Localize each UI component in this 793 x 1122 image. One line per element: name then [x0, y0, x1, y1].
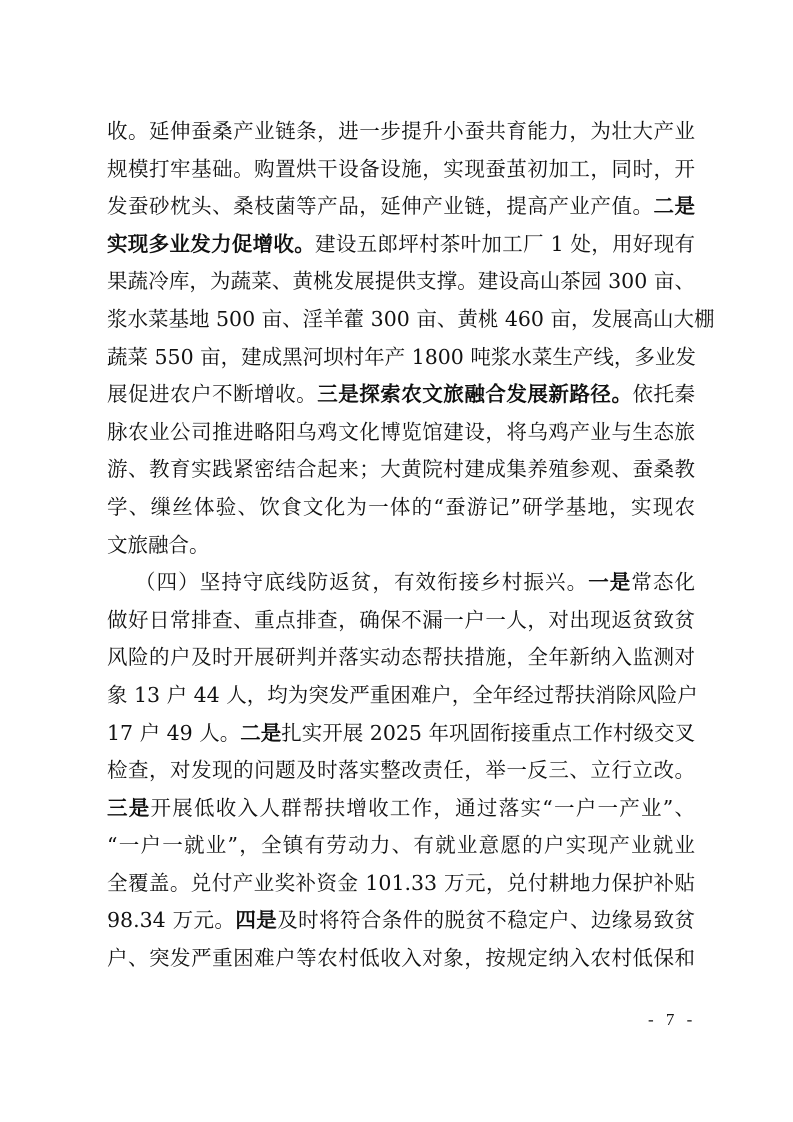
text-segment: 象 13 户 44 人，均为突发严重困难户，全年经过帮扶消除风险户 [107, 683, 698, 707]
text-line: 果蔬冷库，为蔬菜、黄桃发展提供支撑。建设高山茶园 300 亩、 [107, 263, 695, 301]
text-line: 17 户 49 人。二是扎实开展 2025 年巩固衔接重点工作村级交叉 [107, 715, 695, 753]
text-line: 收。延伸蚕桑产业链条，进一步提升小蚕共育能力，为壮大产业 [107, 113, 695, 151]
bold-text-segment: 四是 [235, 908, 277, 932]
text-segment: 展促进农户不断增收。 [107, 382, 317, 406]
text-line: 学、缫丝体验、饮食文化为一体的“蚕游记”研学基地，实现农 [107, 489, 695, 527]
body-text: 收。延伸蚕桑产业链条，进一步提升小蚕共育能力，为壮大产业规模打牢基础。购置烘干设… [107, 113, 695, 978]
text-segment: 文旅融合。 [107, 533, 210, 557]
text-segment: “一户一就业”，全镇有劳动力、有就业意愿的户实现产业就业 [107, 833, 695, 857]
text-line: 做好日常排查、重点排查，确保不漏一户一人，对出现返贫致贫 [107, 602, 695, 640]
text-segment: 扎实开展 2025 年巩固衔接重点工作村级交叉 [281, 721, 695, 745]
text-segment: 蔬菜 550 亩，建成黑河坝村年产 1800 吨浆水菜生产线，多业发 [107, 345, 696, 369]
bold-text-segment: 实现多业发力促增收。 [107, 232, 315, 256]
text-segment: 浆水菜基地 500 亩、淫羊藿 300 亩、黄桃 460 亩，发展高山大棚 [107, 307, 714, 331]
text-line: 检查，对发现的问题及时落实整改责任，举一反三、立行立改。 [107, 752, 695, 790]
text-segment: 检查，对发现的问题及时落实整改责任，举一反三、立行立改。 [107, 758, 695, 782]
text-line: 户、突发严重困难户等农村低收入对象，按规定纳入农村低保和 [107, 940, 695, 978]
text-segment: （四）坚持守底线防返贫，有效衔接乡村振兴。 [135, 570, 588, 594]
text-segment: 果蔬冷库，为蔬菜、黄桃发展提供支撑。建设高山茶园 300 亩、 [107, 269, 695, 293]
text-segment: 17 户 49 人。 [107, 721, 240, 745]
text-segment: 建设五郎坪村茶叶加工厂 1 处，用好现有 [315, 232, 695, 256]
text-line: 三是开展低收入人群帮扶增收工作，通过落实“一户一产业”、 [107, 790, 695, 828]
text-line: 风险的户及时开展研判并落实动态帮扶措施，全年新纳入监测对 [107, 639, 695, 677]
text-segment: 做好日常排查、重点排查，确保不漏一户一人，对出现返贫致贫 [107, 608, 695, 632]
text-segment: 98.34 万元。 [107, 908, 235, 932]
text-line: 实现多业发力促增收。建设五郎坪村茶叶加工厂 1 处，用好现有 [107, 226, 695, 264]
text-segment: 规模打牢基础。购置烘干设备设施，实现蚕茧初加工，同时，开 [107, 157, 695, 181]
text-segment: 依托秦 [632, 382, 695, 406]
text-segment: 发蚕砂枕头、桑枝菌等产品，延伸产业链，提高产业产值。 [107, 194, 653, 218]
text-line: 规模打牢基础。购置烘干设备设施，实现蚕茧初加工，同时，开 [107, 151, 695, 189]
bold-text-segment: 三是 [107, 796, 151, 820]
text-line: 游、教育实践紧密结合起来；大黄院村建成集养殖参观、蚕桑教 [107, 451, 695, 489]
text-segment: 常态化 [631, 570, 695, 594]
text-line: 展促进农户不断增收。三是探索农文旅融合发展新路径。依托秦 [107, 376, 695, 414]
page-number: - 7 - [648, 1010, 696, 1030]
text-segment: 及时将符合条件的脱贫不稳定户、边缘易致贫 [277, 908, 695, 932]
text-segment: 全覆盖。兑付产业奖补资金 101.33 万元，兑付耕地力保护补贴 [107, 871, 695, 895]
text-line: 脉农业公司推进略阳乌鸡文化博览馆建设，将乌鸡产业与生态旅 [107, 414, 695, 452]
bold-text-segment: 三是探索农文旅融合发展新路径。 [317, 382, 632, 406]
text-line: 象 13 户 44 人，均为突发严重困难户，全年经过帮扶消除风险户 [107, 677, 695, 715]
text-line: 发蚕砂枕头、桑枝菌等产品，延伸产业链，提高产业产值。二是 [107, 188, 695, 226]
text-segment: 风险的户及时开展研判并落实动态帮扶措施，全年新纳入监测对 [107, 645, 695, 669]
text-line: 98.34 万元。四是及时将符合条件的脱贫不稳定户、边缘易致贫 [107, 902, 695, 940]
text-segment: 游、教育实践紧密结合起来；大黄院村建成集养殖参观、蚕桑教 [107, 457, 695, 481]
text-line: 全覆盖。兑付产业奖补资金 101.33 万元，兑付耕地力保护补贴 [107, 865, 695, 903]
text-line: 文旅融合。 [107, 527, 695, 565]
text-segment: 收。延伸蚕桑产业链条，进一步提升小蚕共育能力，为壮大产业 [107, 119, 695, 143]
bold-text-segment: 一是 [588, 570, 631, 594]
text-line: 蔬菜 550 亩，建成黑河坝村年产 1800 吨浆水菜生产线，多业发 [107, 339, 695, 377]
text-line: （四）坚持守底线防返贫，有效衔接乡村振兴。一是常态化 [107, 564, 695, 602]
text-segment: 开展低收入人群帮扶增收工作，通过落实“一户一产业”、 [151, 796, 695, 820]
document-page: 收。延伸蚕桑产业链条，进一步提升小蚕共育能力，为壮大产业规模打牢基础。购置烘干设… [0, 0, 793, 1122]
text-segment: 学、缫丝体验、饮食文化为一体的“蚕游记”研学基地，实现农 [107, 495, 695, 519]
bold-text-segment: 二是 [240, 721, 281, 745]
text-segment: 脉农业公司推进略阳乌鸡文化博览馆建设，将乌鸡产业与生态旅 [107, 420, 695, 444]
text-line: 浆水菜基地 500 亩、淫羊藿 300 亩、黄桃 460 亩，发展高山大棚 [107, 301, 695, 339]
text-segment: 户、突发严重困难户等农村低收入对象，按规定纳入农村低保和 [107, 946, 695, 970]
text-line: “一户一就业”，全镇有劳动力、有就业意愿的户实现产业就业 [107, 827, 695, 865]
bold-text-segment: 二是 [653, 194, 695, 218]
